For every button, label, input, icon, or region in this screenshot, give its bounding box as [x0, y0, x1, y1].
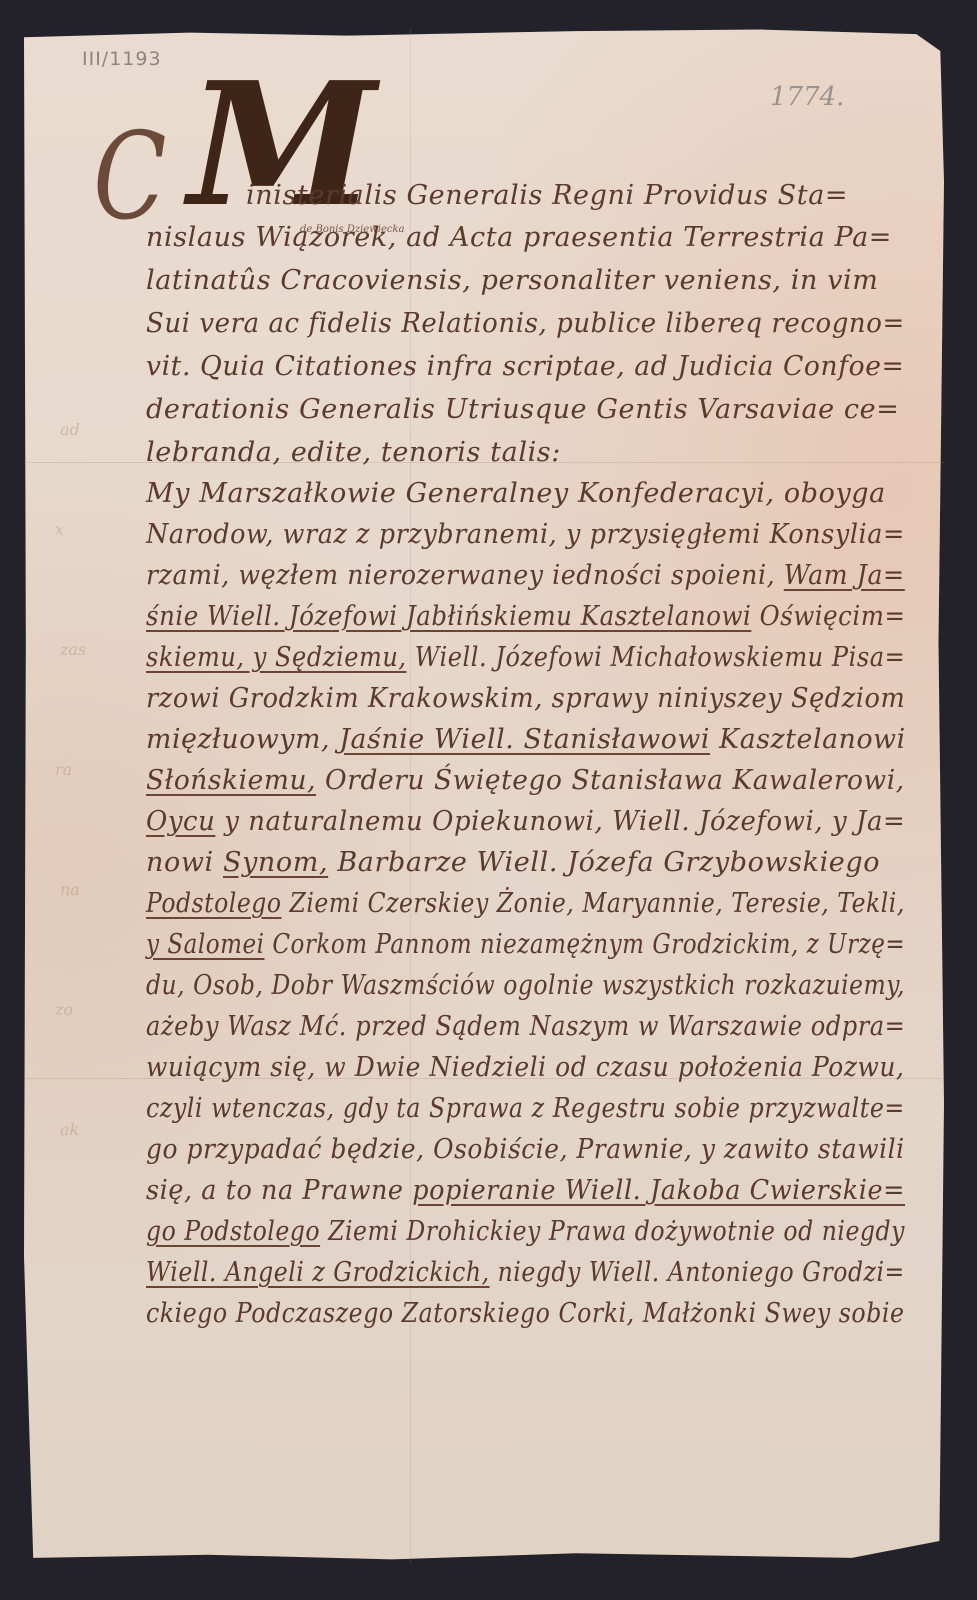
polish-line: du, Osob, Dobr Waszmściów ogolnie wszyst…	[146, 970, 905, 1001]
polish-line: czyli wtenczas, gdy ta Sprawa z Regestru…	[146, 1093, 905, 1124]
polish-line: ckiego Podczaszego Zatorskiego Corki, Ma…	[146, 1298, 904, 1329]
polish-line: y Salomei Corkom Pannom niezamężnym Grod…	[146, 929, 905, 960]
polish-line: My Marszałkowie Generalney Konfederacyi,…	[146, 478, 886, 509]
polish-line: Słońskiemu, Orderu Świętego Stanisława K…	[146, 765, 905, 796]
archive-number: III/1193	[82, 48, 162, 70]
pencil-year-annotation: 1774.	[770, 82, 844, 112]
polish-line: Wiell. Angeli z Grodzickich, niegdy Wiel…	[146, 1257, 905, 1288]
bleed-through-text: na	[60, 880, 80, 899]
bleed-through-text: ak	[60, 1120, 79, 1139]
latin-line: nislaus Wiązorek, ad Acta praesentia Ter…	[146, 222, 892, 253]
ornamental-initial: C	[93, 118, 166, 238]
latin-line: vit. Quia Citationes infra scriptae, ad …	[146, 351, 904, 382]
polish-line: rzowi Grodzkim Krakowskim, sprawy niniys…	[146, 683, 905, 714]
polish-line: śnie Wiell. Józefowi Jabłińskiemu Kaszte…	[146, 601, 905, 632]
latin-line: derationis Generalis Utriusque Gentis Va…	[146, 394, 899, 425]
bleed-through-text: zas	[60, 640, 86, 659]
polish-line: nowi Synom, Barbarze Wiell. Józefa Grzyb…	[146, 847, 880, 878]
polish-line: rzami, węzłem nierozerwaney iedności spo…	[146, 560, 905, 591]
bleed-through-text: ad	[60, 420, 80, 439]
bleed-through-text: x	[55, 520, 64, 539]
document-viewer: ad x zas ra na zo ak III/1193 1774. C M …	[0, 0, 977, 1600]
polish-line: mięzłuowym, Jaśnie Wiell. Stanisławowi K…	[146, 724, 906, 755]
polish-line: skiemu, y Sędziemu, Wiell. Józefowi Mich…	[146, 642, 905, 673]
manuscript-page	[24, 28, 944, 1564]
polish-line: się, a to na Prawne popieranie Wiell. Ja…	[146, 1175, 905, 1206]
polish-line: ażeby Wasz Mć. przed Sądem Naszym w Wars…	[146, 1011, 905, 1042]
polish-line: Narodow, wraz z przybranemi, y przysięgł…	[146, 519, 905, 550]
fold-line	[410, 28, 411, 1564]
latin-line: Sui vera ac fidelis Relationis, publice …	[146, 308, 905, 339]
polish-line: Podstolego Ziemi Czerskiey Żonie, Maryan…	[146, 888, 905, 919]
polish-line: go przypadać będzie, Osobiście, Prawnie,…	[146, 1134, 905, 1165]
polish-line: wuiącym się, w Dwie Niedzieli od czasu p…	[146, 1052, 905, 1083]
polish-line: Oycu y naturalnemu Opiekunowi, Wiell. Jó…	[146, 806, 905, 837]
bleed-through-text: ra	[55, 760, 72, 779]
latin-line: lebranda, edite, tenoris talis:	[146, 437, 561, 468]
latin-line: inisterialis Generalis Regni Providus St…	[246, 180, 848, 211]
bleed-through-text: zo	[55, 1000, 73, 1019]
polish-line: go Podstolego Ziemi Drohickiey Prawa doż…	[146, 1216, 905, 1247]
latin-line: latinatûs Cracoviensis, personaliter ven…	[146, 265, 879, 296]
